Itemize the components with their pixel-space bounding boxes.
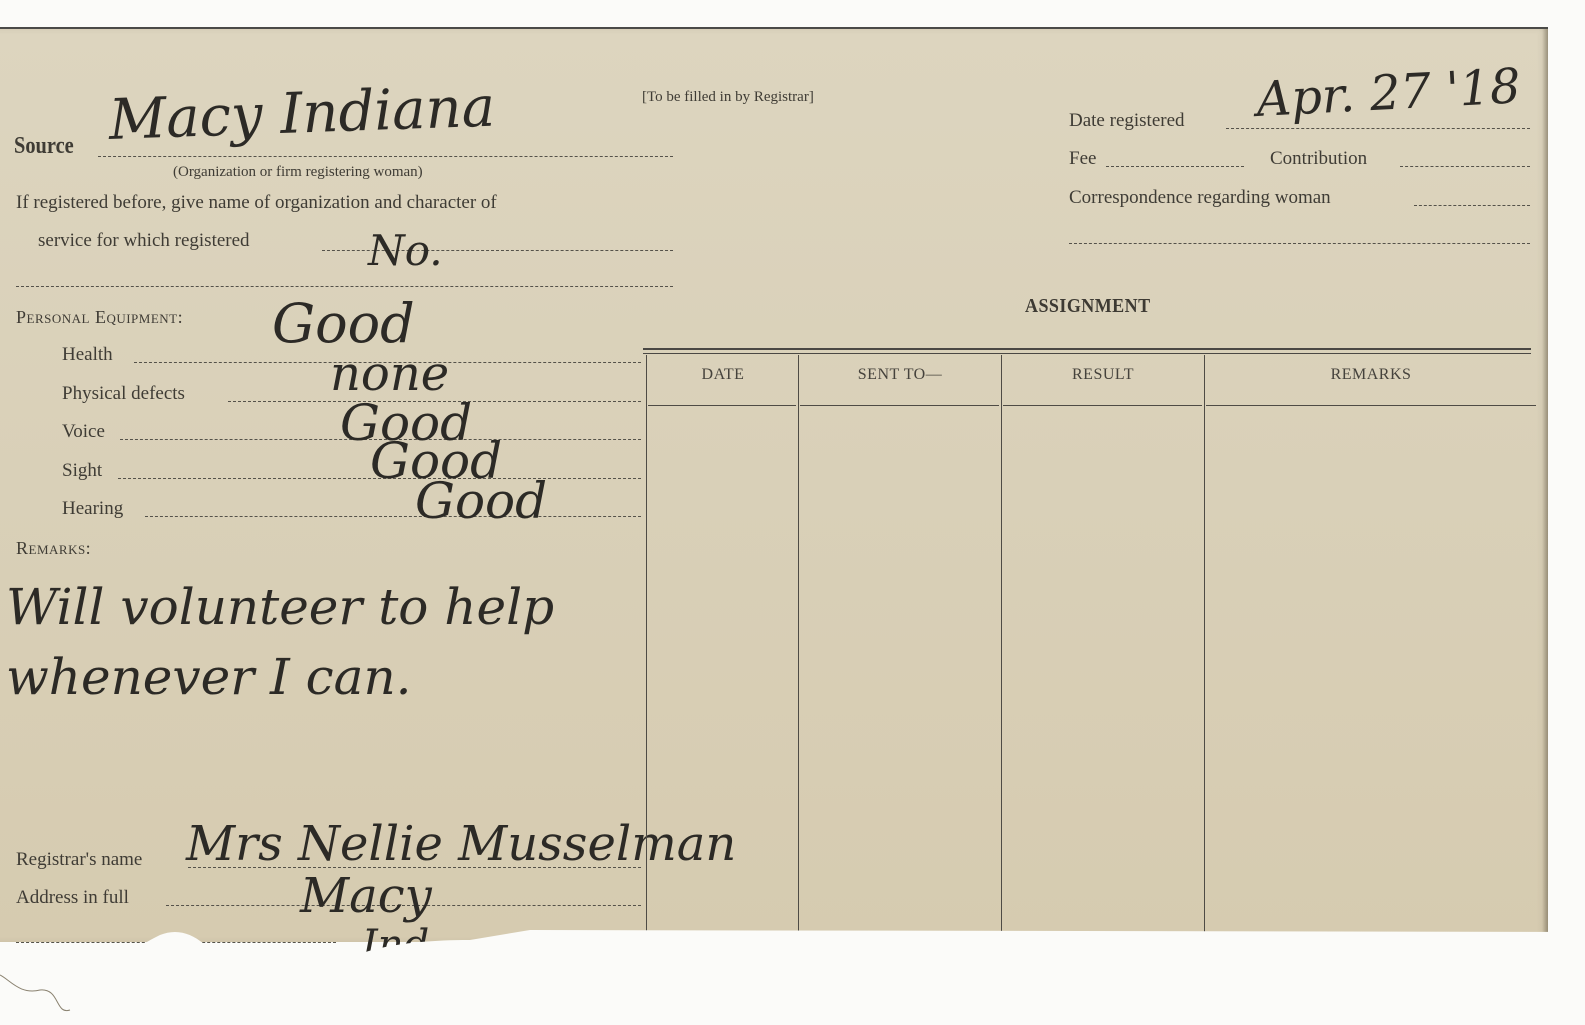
header-underline-date — [648, 405, 796, 406]
correspondence-line[interactable] — [1414, 205, 1530, 206]
correspondence-label: Correspondence regarding woman — [1069, 187, 1331, 209]
column-header-date: DATE — [648, 366, 798, 384]
prior-registration-line-2 — [16, 286, 673, 287]
date-registered-label: Date registered — [1069, 110, 1185, 132]
header-underline-remarks — [1206, 405, 1536, 406]
remarks-line-2[interactable]: whenever I can. — [6, 648, 412, 706]
registrar-note: [To be filled in by Registrar] — [642, 89, 814, 106]
source-label: Source — [14, 133, 74, 160]
source-caption: (Organization or firm registering woman) — [173, 164, 423, 181]
column-header-sent-to: SENT TO— — [800, 366, 1000, 384]
assignment-title: ASSIGNMENT — [1025, 295, 1151, 318]
column-header-remarks: REMARKS — [1206, 366, 1536, 384]
header-underline-sent-to — [800, 405, 999, 406]
registrar-name-label: Registrar's name — [16, 849, 142, 871]
col-divider-0 — [646, 355, 647, 940]
prior-registration-value[interactable]: No. — [368, 226, 443, 275]
hearing-label: Hearing — [62, 498, 123, 520]
fee-line[interactable] — [1106, 166, 1244, 167]
registrar-name-value[interactable]: Mrs Nellie Musselman — [186, 816, 736, 872]
prior-registration-label-2: service for which registered — [38, 230, 250, 252]
sight-label: Sight — [62, 460, 102, 482]
hearing-line — [145, 516, 641, 517]
source-line — [98, 156, 673, 157]
col-divider-3 — [1204, 355, 1205, 940]
remarks-heading: Remarks: — [16, 538, 91, 559]
physical-defects-label: Physical defects — [62, 383, 185, 405]
contribution-line[interactable] — [1400, 166, 1530, 167]
health-label: Health — [62, 344, 113, 366]
address-label: Address in full — [16, 887, 129, 909]
col-divider-1 — [798, 355, 799, 940]
column-header-result: RESULT — [1003, 366, 1203, 384]
assignment-table-top-rule — [643, 348, 1531, 350]
remarks-line-1[interactable]: Will volunteer to help — [6, 578, 554, 636]
address-line-1-value[interactable]: Macy — [300, 868, 432, 924]
contribution-label: Contribution — [1270, 148, 1367, 170]
assignment-table-top-rule-2 — [643, 353, 1531, 354]
hearing-value[interactable]: Good — [415, 472, 547, 530]
torn-edge — [0, 920, 1585, 1025]
col-divider-2 — [1001, 355, 1002, 940]
header-underline-result — [1003, 405, 1202, 406]
correspondence-line-2[interactable] — [1069, 243, 1530, 244]
date-registered-line — [1226, 128, 1530, 129]
voice-label: Voice — [62, 421, 105, 443]
prior-registration-label-1: If registered before, give name of organ… — [16, 192, 497, 214]
personal-equipment-heading: Personal Equipment: — [16, 307, 183, 328]
fee-label: Fee — [1069, 148, 1096, 170]
source-value[interactable]: Macy Indiana — [108, 75, 496, 153]
